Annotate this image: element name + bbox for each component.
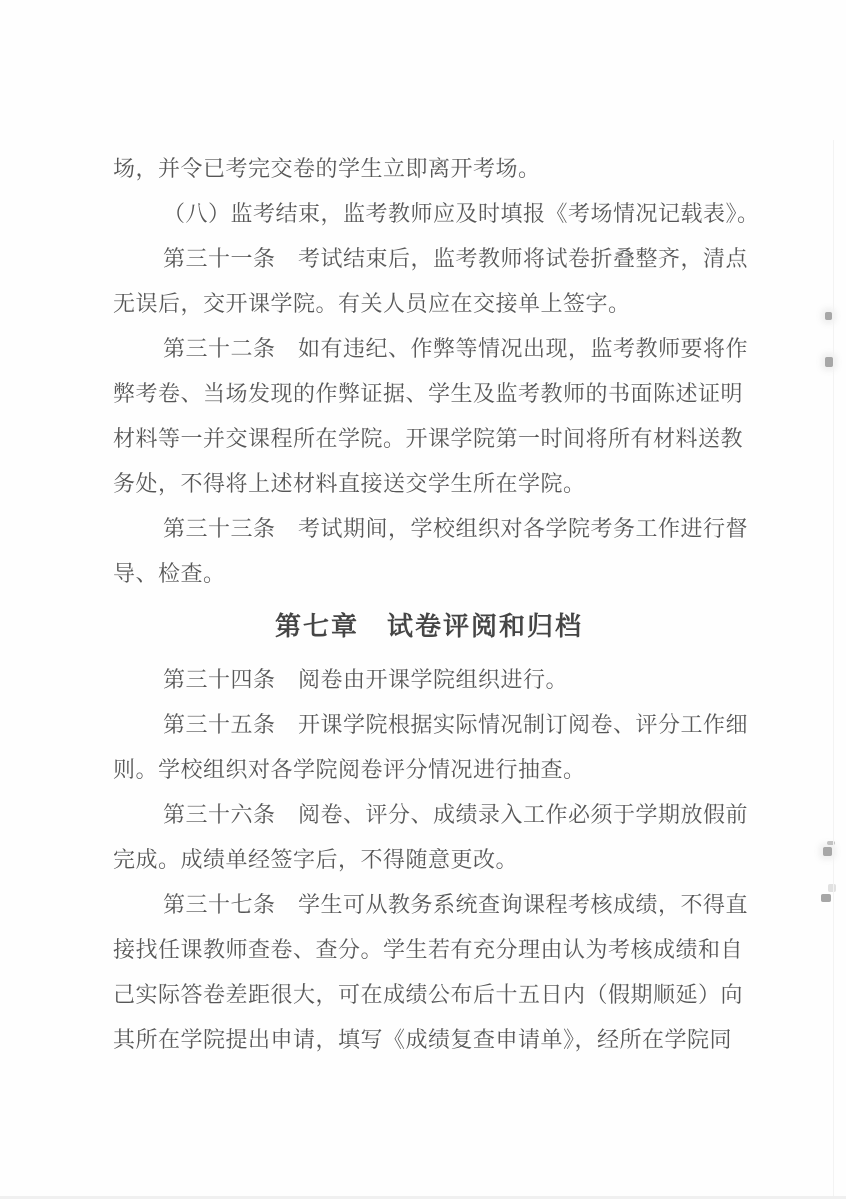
text-line: 无误后，交开课学院。有关人员应在交接单上签字。 (113, 282, 745, 327)
text-line: 完成。成绩单经签字后，不得随意更改。 (113, 838, 745, 883)
text-line: 材料等一并交课程所在学院。开课学院第一时间将所有材料送教 (113, 417, 745, 462)
text-line: （八）监考结束，监考教师应及时填报《考场情况记载表》。 (113, 192, 745, 237)
text-line: 第三十四条 阅卷由开课学院组织进行。 (113, 658, 745, 703)
text-line: 其所在学院提出申请，填写《成绩复查申请单》，经所在学院同 (113, 1018, 745, 1063)
document-body: 场，并令已考完交卷的学生立即离开考场。 （八）监考结束，监考教师应及时填报《考场… (113, 147, 745, 1063)
text-line: 则。学校组织对各学院阅卷评分情况进行抽查。 (113, 748, 745, 793)
scan-speck (821, 894, 831, 902)
text-line: 第三十一条 考试结束后，监考教师将试卷折叠整齐，清点 (113, 237, 745, 282)
text-line: 第三十六条 阅卷、评分、成绩录入工作必须于学期放假前 (113, 793, 745, 838)
scan-speck (828, 884, 836, 892)
text-line: 第三十七条 学生可从教务系统查询课程考核成绩，不得直 (113, 883, 745, 928)
text-line: 场，并令已考完交卷的学生立即离开考场。 (113, 147, 745, 192)
chapter-heading: 第七章 试卷评阅和归档 (113, 605, 745, 650)
text-line: 第三十五条 开课学院根据实际情况制订阅卷、评分工作细 (113, 703, 745, 748)
text-line: 接找任课教师查卷、查分。学生若有充分理由认为考核成绩和自 (113, 928, 745, 973)
scan-edge-line (833, 140, 834, 1199)
text-line: 弊考卷、当场发现的作弊证据、学生及监考教师的书面陈述证明 (113, 372, 745, 417)
text-line: 己实际答卷差距很大，可在成绩公布后十五日内（假期顺延）向 (113, 973, 745, 1018)
scan-speck (825, 312, 832, 320)
document-page: 场，并令已考完交卷的学生立即离开考场。 （八）监考结束，监考教师应及时填报《考场… (0, 0, 846, 1199)
text-line: 第三十三条 考试期间，学校组织对各学院考务工作进行督 (113, 507, 745, 552)
scan-speck (823, 847, 832, 856)
text-line: 第三十二条 如有违纪、作弊等情况出现，监考教师要将作 (113, 327, 745, 372)
text-line: 务处，不得将上述材料直接送交学生所在学院。 (113, 462, 745, 507)
scan-speck (825, 357, 833, 367)
text-line: 导、检查。 (113, 552, 745, 597)
